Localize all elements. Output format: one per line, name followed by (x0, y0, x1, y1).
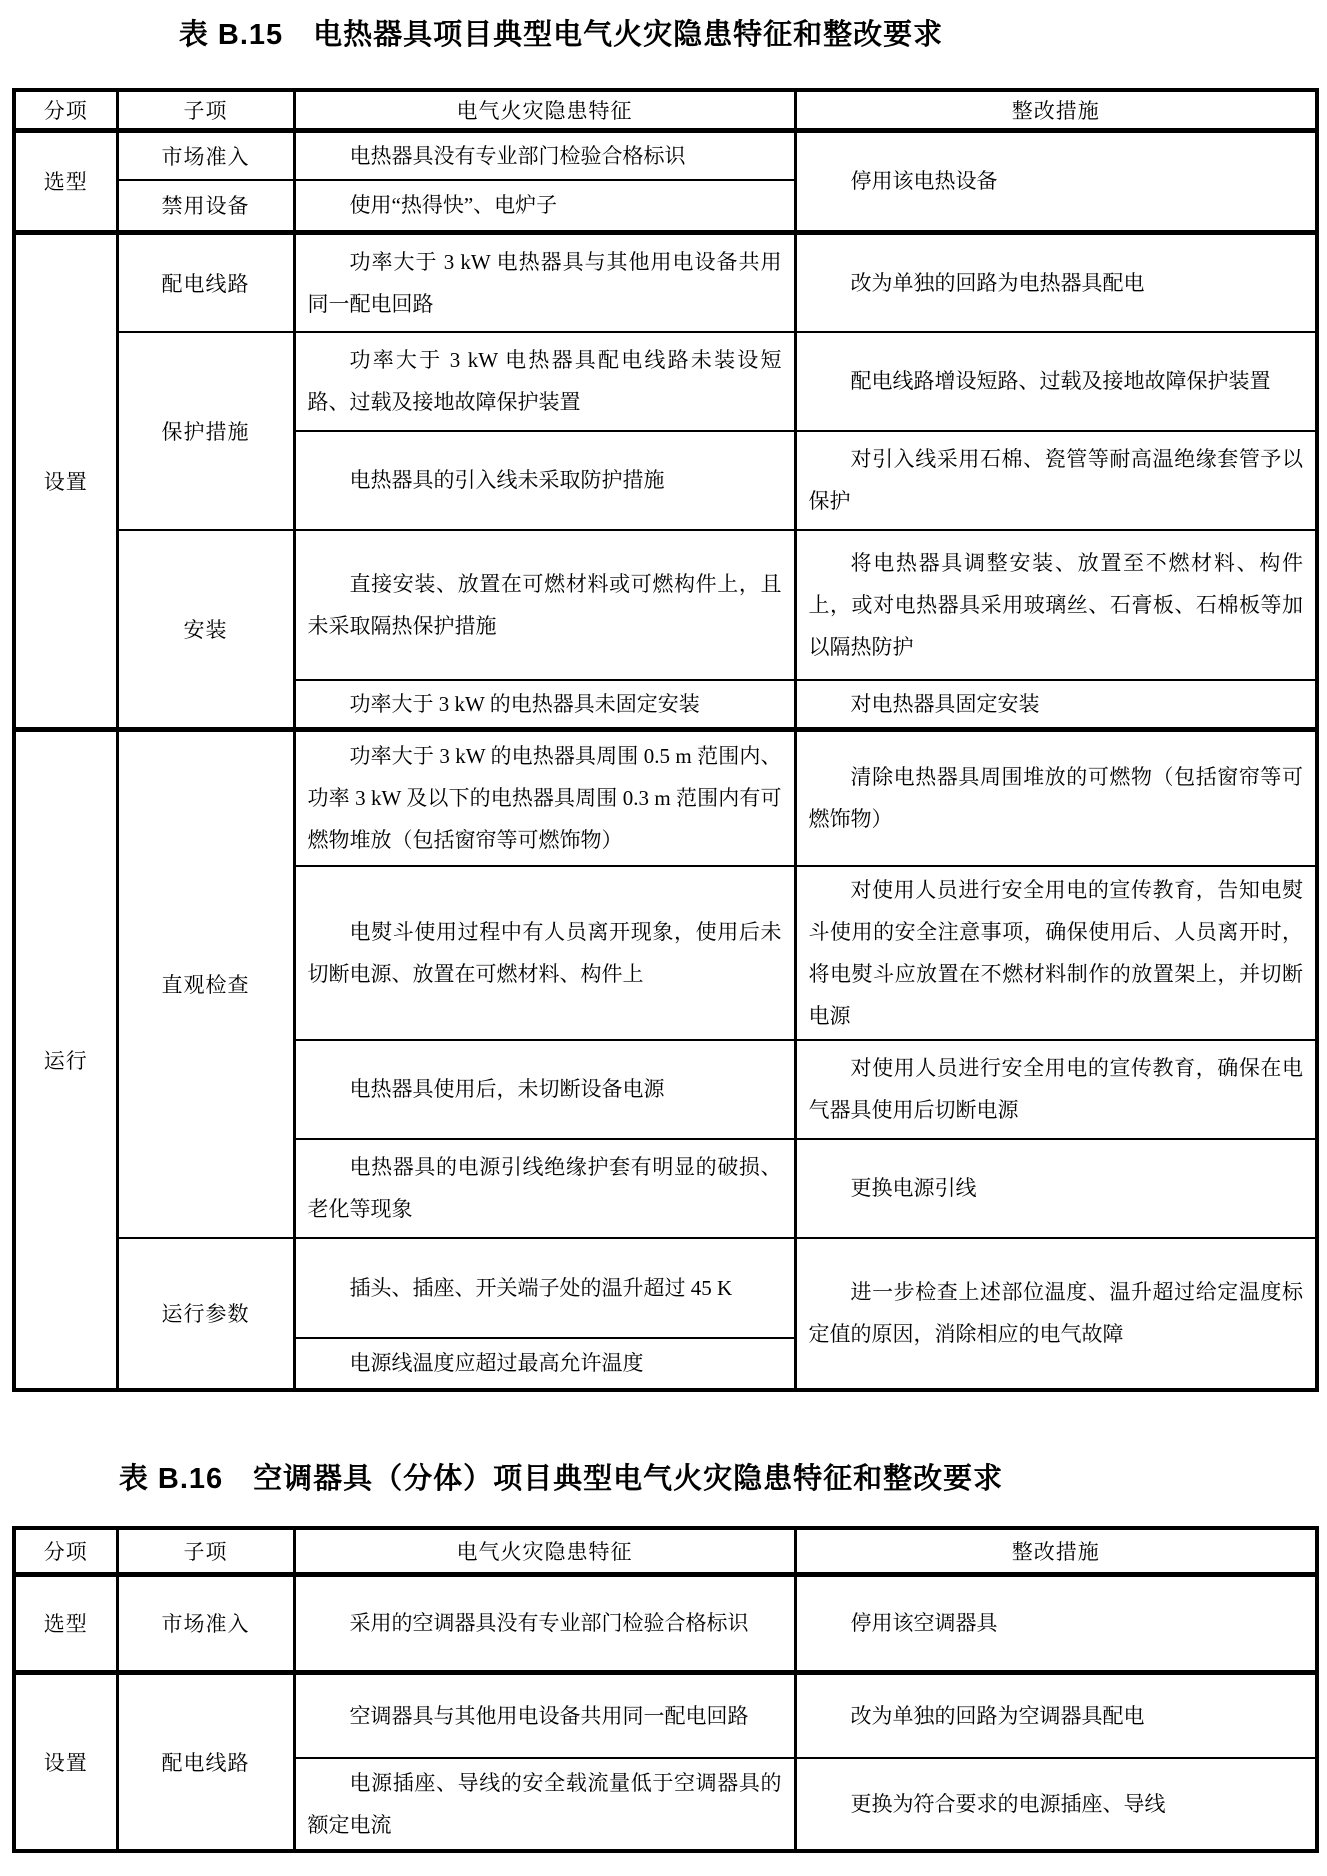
subitem-cell: 安装 (117, 530, 294, 730)
measure-cell: 对使用人员进行安全用电的宣传教育，告知电熨斗使用的安全注意事项，确保使用后、人员… (795, 866, 1317, 1040)
measure-cell: 停用该电热设备 (795, 130, 1317, 233)
header-cell: 子项 (117, 90, 294, 130)
hazard-cell: 电源插座、导线的安全载流量低于空调器具的额定电流 (294, 1758, 795, 1851)
measure-cell: 进一步检查上述部位温度、温升超过给定温度标定值的原因，消除相应的电气故障 (795, 1238, 1317, 1390)
table-row: 选型 市场准入 采用的空调器具没有专业部门检验合格标识 停用该空调器具 (14, 1574, 1317, 1672)
table-b15-title: 表 B.15 电热器具项目典型电气火灾隐患特征和整改要求 (0, 12, 1122, 53)
section-cell: 设置 (14, 233, 117, 730)
measure-cell: 对使用人员进行安全用电的宣传教育，确保在电气器具使用后切断电源 (795, 1040, 1317, 1139)
subitem-cell: 运行参数 (117, 1238, 294, 1390)
measure-cell: 对引入线采用石棉、瓷管等耐高温绝缘套管予以保护 (795, 431, 1317, 530)
measure-cell: 将电热器具调整安装、放置至不燃材料、构件上，或对电热器具采用玻璃丝、石膏板、石棉… (795, 530, 1317, 680)
hazard-cell: 电热器具的引入线未采取防护措施 (294, 431, 795, 530)
hazard-cell: 电熨斗使用过程中有人员离开现象，使用后未切断电源、放置在可燃材料、构件上 (294, 866, 795, 1040)
measure-cell: 更换为符合要求的电源插座、导线 (795, 1758, 1317, 1851)
table-row: 运行 直观检查 功率大于 3 kW 的电热器具周围 0.5 m 范围内、功率 3… (14, 730, 1317, 866)
subitem-cell: 配电线路 (117, 233, 294, 332)
table-b16-title: 表 B.16 空调器具（分体）项目典型电气火灾隐患特征和整改要求 (0, 1456, 1122, 1497)
table-row: 选型 市场准入 电热器具没有专业部门检验合格标识 停用该电热设备 (14, 130, 1317, 180)
hazard-cell: 电源线温度应超过最高允许温度 (294, 1338, 795, 1390)
table-b15: 分项 子项 电气火灾隐患特征 整改措施 选型 市场准入 电热器具没有专业部门检验… (12, 88, 1319, 1392)
measure-cell: 清除电热器具周围堆放的可燃物（包括窗帘等可燃饰物） (795, 730, 1317, 866)
hazard-cell: 空调器具与其他用电设备共用同一配电回路 (294, 1672, 795, 1758)
measure-cell: 对电热器具固定安装 (795, 680, 1317, 730)
subitem-cell: 直观检查 (117, 730, 294, 1238)
table-row: 设置 配电线路 空调器具与其他用电设备共用同一配电回路 改为单独的回路为空调器具… (14, 1672, 1317, 1758)
measure-cell: 停用该空调器具 (795, 1574, 1317, 1672)
hazard-cell: 采用的空调器具没有专业部门检验合格标识 (294, 1574, 795, 1672)
hazard-cell: 功率大于 3 kW 电热器具配电线路未装设短路、过载及接地故障保护装置 (294, 332, 795, 431)
section-cell: 设置 (14, 1672, 117, 1851)
header-cell: 电气火灾隐患特征 (294, 90, 795, 130)
measure-cell: 改为单独的回路为电热器具配电 (795, 233, 1317, 332)
subitem-cell: 市场准入 (117, 1574, 294, 1672)
header-cell: 分项 (14, 1528, 117, 1574)
header-cell: 整改措施 (795, 90, 1317, 130)
document-page: 表 B.15 电热器具项目典型电气火灾隐患特征和整改要求 分项 子项 电气火灾隐… (0, 0, 1327, 1876)
table-row: 分项 子项 电气火灾隐患特征 整改措施 (14, 1528, 1317, 1574)
hazard-cell: 插头、插座、开关端子处的温升超过 45 K (294, 1238, 795, 1338)
hazard-cell: 使用“热得快”、电炉子 (294, 180, 795, 233)
table-row: 运行参数 插头、插座、开关端子处的温升超过 45 K 进一步检查上述部位温度、温… (14, 1238, 1317, 1338)
subitem-cell: 保护措施 (117, 332, 294, 530)
hazard-cell: 功率大于 3 kW 电热器具与其他用电设备共用同一配电回路 (294, 233, 795, 332)
hazard-cell: 电热器具使用后，未切断设备电源 (294, 1040, 795, 1139)
measure-cell: 配电线路增设短路、过载及接地故障保护装置 (795, 332, 1317, 431)
hazard-cell: 电热器具的电源引线绝缘护套有明显的破损、老化等现象 (294, 1139, 795, 1238)
table-row: 保护措施 功率大于 3 kW 电热器具配电线路未装设短路、过载及接地故障保护装置… (14, 332, 1317, 431)
header-cell: 分项 (14, 90, 117, 130)
section-cell: 运行 (14, 730, 117, 1390)
header-cell: 电气火灾隐患特征 (294, 1528, 795, 1574)
table-row: 安装 直接安装、放置在可燃材料或可燃构件上，且未采取隔热保护措施 将电热器具调整… (14, 530, 1317, 680)
table-row: 设置 配电线路 功率大于 3 kW 电热器具与其他用电设备共用同一配电回路 改为… (14, 233, 1317, 332)
table-b16: 分项 子项 电气火灾隐患特征 整改措施 选型 市场准入 采用的空调器具没有专业部… (12, 1526, 1319, 1853)
hazard-cell: 电热器具没有专业部门检验合格标识 (294, 130, 795, 180)
measure-cell: 更换电源引线 (795, 1139, 1317, 1238)
section-cell: 选型 (14, 130, 117, 233)
subitem-cell: 市场准入 (117, 130, 294, 180)
hazard-cell: 功率大于 3 kW 的电热器具周围 0.5 m 范围内、功率 3 kW 及以下的… (294, 730, 795, 866)
header-cell: 整改措施 (795, 1528, 1317, 1574)
hazard-cell: 功率大于 3 kW 的电热器具未固定安装 (294, 680, 795, 730)
section-cell: 选型 (14, 1574, 117, 1672)
measure-cell: 改为单独的回路为空调器具配电 (795, 1672, 1317, 1758)
subitem-cell: 禁用设备 (117, 180, 294, 233)
hazard-cell: 直接安装、放置在可燃材料或可燃构件上，且未采取隔热保护措施 (294, 530, 795, 680)
header-cell: 子项 (117, 1528, 294, 1574)
subitem-cell: 配电线路 (117, 1672, 294, 1851)
table-row: 分项 子项 电气火灾隐患特征 整改措施 (14, 90, 1317, 130)
